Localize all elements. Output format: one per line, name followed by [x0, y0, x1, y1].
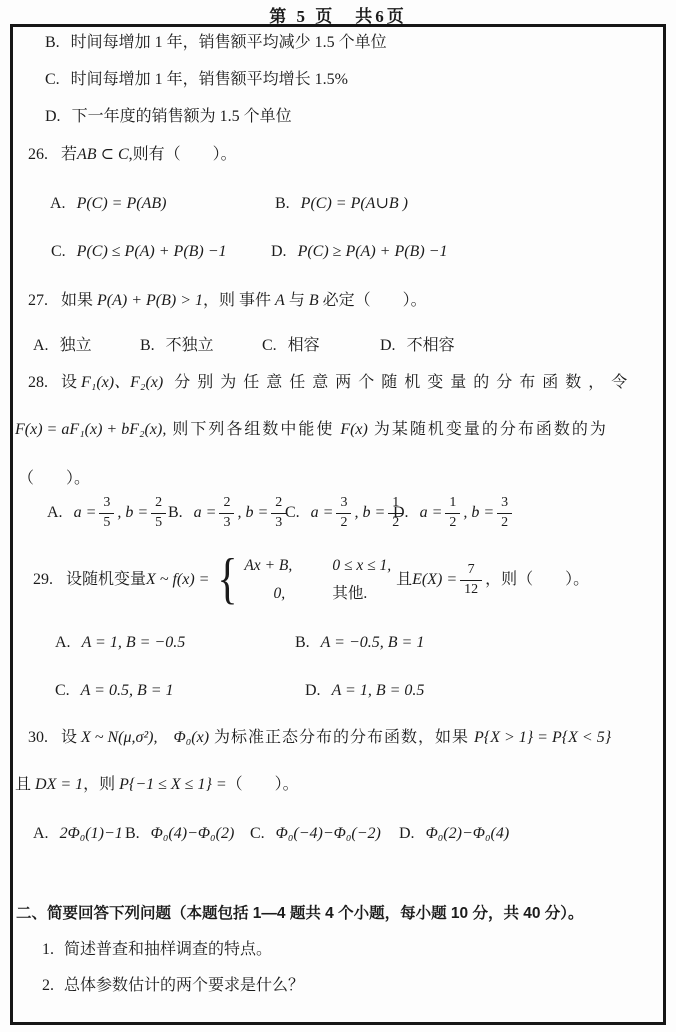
fraction-numerator: 7 [464, 562, 479, 579]
option-label: B. [168, 502, 183, 524]
stem-text: 必定（ ）。 [319, 292, 427, 309]
case-value: 0, [244, 583, 332, 605]
fraction-numerator: 3 [99, 495, 114, 512]
q27-stem: 27.如果 P(A) + P(B) > 1，则 事件 A 与 B 必定（ ）。 [28, 290, 427, 312]
stem-math: P{−1 ≤ X ≤ 1} = [119, 776, 227, 793]
q30-stem-line1: 30.设 X ~ N(μ,σ²), Φ₀(x) 为标准正态分布的分布函数，如果 … [28, 727, 611, 749]
stem-text: （ ）。 [18, 470, 90, 487]
stem-math: Φ₀(x) [174, 729, 210, 746]
option-formula: Φ₀(4)−Φ₀(2) [151, 825, 235, 842]
stem-text: ,则有（ ）。 [129, 146, 237, 163]
stem-text: ，则（ ）。 [485, 569, 589, 591]
case-condition: 0 ≤ x ≤ 1, [332, 555, 391, 577]
q26-option-c: C.P(C) ≤ P(A) + P(B) −1 [51, 241, 227, 263]
fraction-denominator: 5 [99, 513, 114, 531]
case-value: Ax + B, [244, 555, 332, 577]
stem-text: 若 [61, 146, 77, 163]
option-label: C. [285, 502, 300, 524]
option-label: A. [33, 825, 49, 842]
fraction-denominator: 2 [445, 513, 460, 531]
stem-text: ，则 [83, 776, 119, 793]
q30-stem-line2: 且 DX = 1，则 P{−1 ≤ X ≤ 1} =（ ）。 [15, 774, 299, 796]
option-label: C. [51, 243, 66, 260]
option-var-b: , b = [117, 502, 148, 524]
option-label: D. [393, 502, 409, 524]
fraction: 712 [460, 562, 482, 597]
q26-option-d: D.P(C) ≥ P(A) + P(B) −1 [271, 241, 447, 263]
stem-math: DX = 1 [35, 776, 83, 793]
option-formula: A = 1, B = 0.5 [332, 682, 425, 699]
option-text: 不独立 [166, 337, 214, 354]
option-formula: Φ₀(2)−Φ₀(4) [426, 825, 510, 842]
fraction: 23 [219, 495, 234, 530]
option-label: A. [55, 634, 71, 651]
fraction-denominator: 5 [151, 513, 166, 531]
stem-text: 且 [396, 569, 412, 591]
fraction-denominator: 12 [460, 580, 482, 598]
option-formula: P(C) = P(A∪B ) [301, 195, 408, 212]
option-var-b: , b = [354, 502, 385, 524]
stem-math: F(x) = aF₁(x) + bF₂(x), [15, 421, 166, 438]
stem-math: E(X) = [412, 569, 457, 591]
option-formula: Φ₀(−4)−Φ₀(−2) [276, 825, 381, 842]
q27-option-b: B.不独立 [140, 335, 214, 357]
option-text: 相容 [288, 337, 320, 354]
option-label: A. [33, 337, 49, 354]
option-text: 不相容 [407, 337, 455, 354]
q26-option-a: A.P(C) = P(AB) [50, 193, 166, 215]
option-formula: P(C) ≤ P(A) + P(B) −1 [77, 243, 227, 260]
option-label: C. [45, 71, 60, 88]
option-label: B. [275, 195, 290, 212]
stem-text [158, 729, 174, 746]
q29-option-d: D.A = 1, B = 0.5 [305, 680, 424, 702]
question-number: 29. [33, 569, 53, 591]
option-text: 下一年度的销售额为 1.5 个单位 [72, 108, 292, 125]
q30-option-c: C.Φ₀(−4)−Φ₀(−2) [250, 823, 381, 845]
fraction-numerator: 1 [445, 495, 460, 512]
case-rows: Ax + B,0 ≤ x ≤ 1, 0,其他. [244, 555, 391, 605]
q28-option-d: D.a =12, b =32 [393, 489, 515, 537]
item-text: 简述普查和抽样调查的特点。 [64, 941, 272, 958]
stem-math: P(A) + P(B) > 1 [97, 292, 203, 309]
stem-math: AB ⊂ C [77, 146, 129, 163]
stem-math: X ~ N(μ,σ²), [81, 729, 157, 746]
q29-option-a: A.A = 1, B = −0.5 [55, 632, 185, 654]
option-label: D. [380, 337, 396, 354]
option-label: D. [305, 682, 321, 699]
fraction-numerator: 3 [336, 495, 351, 512]
q29-option-b: B.A = −0.5, B = 1 [295, 632, 424, 654]
case-row: Ax + B,0 ≤ x ≤ 1, [244, 555, 391, 577]
q28-option-b: B.a =23, b =23 [168, 489, 289, 537]
exam-page: 第 5 页 共6页 B.时间每增加 1 年，销售额平均减少 1.5 个单位 C.… [0, 0, 676, 1032]
q29-stem: 29.设随机变量 X ~ f(x) = { Ax + B,0 ≤ x ≤ 1, … [33, 549, 589, 611]
stem-text: 设随机变量 [66, 569, 146, 591]
q29-option-c: C.A = 0.5, B = 1 [55, 680, 174, 702]
q25-option-c: C.时间每增加 1 年，销售额平均增长 1.5% [45, 69, 348, 91]
question-number: 26. [28, 146, 48, 163]
option-text: 时间每增加 1 年，销售额平均减少 1.5 个单位 [71, 34, 387, 51]
option-label: D. [45, 108, 61, 125]
q28-stem-line2: F(x) = aF₁(x) + bF₂(x), 则下列各组数中能使 F(x) 为… [15, 419, 608, 441]
stem-text: ，则 事件 [203, 292, 275, 309]
stem-text: 与 [285, 292, 309, 309]
fraction-denominator: 2 [497, 513, 512, 531]
stem-text: 且 [15, 776, 35, 793]
option-formula: A = 0.5, B = 1 [81, 682, 174, 699]
fraction: 25 [151, 495, 166, 530]
option-label: A. [47, 502, 63, 524]
stem-text: （ ）。 [227, 776, 299, 793]
item-text: 总体参数估计的两个要求是什么？ [64, 977, 304, 994]
option-label: B. [140, 337, 155, 354]
fraction-numerator: 2 [219, 495, 234, 512]
option-label: C. [55, 682, 70, 699]
stem-text: 设 [61, 374, 81, 391]
option-formula: 2Φ₀(1)−1 [60, 825, 123, 842]
content-frame: B.时间每增加 1 年，销售额平均减少 1.5 个单位 C.时间每增加 1 年，… [10, 24, 666, 1025]
fraction-denominator: 2 [336, 513, 351, 531]
q30-option-b: B.Φ₀(4)−Φ₀(2) [125, 823, 234, 845]
option-formula: A = 1, B = −0.5 [82, 634, 186, 651]
option-var-a: a = [420, 502, 443, 524]
option-var-a: a = [194, 502, 217, 524]
fraction: 35 [99, 495, 114, 530]
q26-stem: 26.若AB ⊂ C,则有（ ）。 [28, 144, 237, 166]
stem-math: F₁(x)、F₂(x) [81, 374, 163, 391]
stem-math: P{X > 1} = P{X < 5} [474, 729, 611, 746]
item-number: 1. [42, 941, 54, 958]
q28-option-a: A.a =35, b =25 [47, 489, 169, 537]
stem-text: 为某随机变量的分布函数的为 [368, 421, 608, 438]
stem-text: 设 [61, 729, 81, 746]
q25-option-b: B.时间每增加 1 年，销售额平均减少 1.5 个单位 [45, 32, 387, 54]
fraction: 32 [497, 495, 512, 530]
stem-text: 为标准正态分布的分布函数，如果 [209, 729, 474, 746]
fraction-denominator: 3 [219, 513, 234, 531]
case-condition: 其他. [332, 583, 367, 605]
stem-text: 分别为任意任意两个随机变量的分布函数，令 [163, 374, 634, 391]
q28-stem-line1: 28.设 F₁(x)、F₂(x) 分别为任意任意两个随机变量的分布函数，令 [28, 372, 634, 394]
item-number: 2. [42, 977, 54, 994]
q27-option-d: D.不相容 [380, 335, 455, 357]
option-label: B. [125, 825, 140, 842]
option-text: 时间每增加 1 年，销售额平均增长 1.5% [71, 71, 348, 88]
stem-math: F(x) [340, 421, 368, 438]
option-label: D. [271, 243, 287, 260]
question-number: 27. [28, 292, 48, 309]
fraction: 32 [336, 495, 351, 530]
q30-option-a: A.2Φ₀(1)−1 [33, 823, 123, 845]
option-var-a: a = [311, 502, 334, 524]
option-var-b: , b = [237, 502, 268, 524]
left-brace: { [218, 554, 238, 606]
option-label: D. [399, 825, 415, 842]
stem-text: 则下列各组数中能使 [166, 421, 340, 438]
option-label: C. [250, 825, 265, 842]
section2-heading: 二、简要回答下列问题（本题包括 1—4 题共 4 个小题，每小题 10 分，共 … [16, 903, 584, 925]
case-row: 0,其他. [244, 583, 391, 605]
option-var-a: a = [74, 502, 97, 524]
option-label: B. [295, 634, 310, 651]
section2-item-2: 2.总体参数估计的两个要求是什么？ [42, 975, 304, 997]
stem-math: X ~ f(x) = [146, 569, 209, 591]
option-text: 独立 [60, 337, 92, 354]
option-var-b: , b = [463, 502, 494, 524]
piecewise-function: { Ax + B,0 ≤ x ≤ 1, 0,其他. [214, 554, 391, 606]
question-number: 30. [28, 729, 48, 746]
question-number: 28. [28, 374, 48, 391]
option-label: C. [262, 337, 277, 354]
option-label: A. [50, 195, 66, 212]
option-formula: A = −0.5, B = 1 [321, 634, 425, 651]
fraction-numerator: 3 [497, 495, 512, 512]
fraction-numerator: 2 [151, 495, 166, 512]
option-formula: P(C) = P(AB) [77, 195, 167, 212]
q26-option-b: B.P(C) = P(A∪B ) [275, 193, 408, 215]
q27-option-c: C.相容 [262, 335, 320, 357]
q28-stem-line3: （ ）。 [18, 468, 90, 490]
q28-option-c: C.a =32, b =12 [285, 489, 406, 537]
section2-item-1: 1.简述普查和抽样调查的特点。 [42, 939, 272, 961]
q27-option-a: A.独立 [33, 335, 92, 357]
q25-option-d: D.下一年度的销售额为 1.5 个单位 [45, 106, 292, 128]
fraction: 12 [445, 495, 460, 530]
option-label: B. [45, 34, 60, 51]
q30-option-d: D.Φ₀(2)−Φ₀(4) [399, 823, 509, 845]
stem-text: 如果 [61, 292, 97, 309]
stem-math: B [309, 292, 319, 309]
stem-math: A [275, 292, 285, 309]
option-formula: P(C) ≥ P(A) + P(B) −1 [298, 243, 448, 260]
